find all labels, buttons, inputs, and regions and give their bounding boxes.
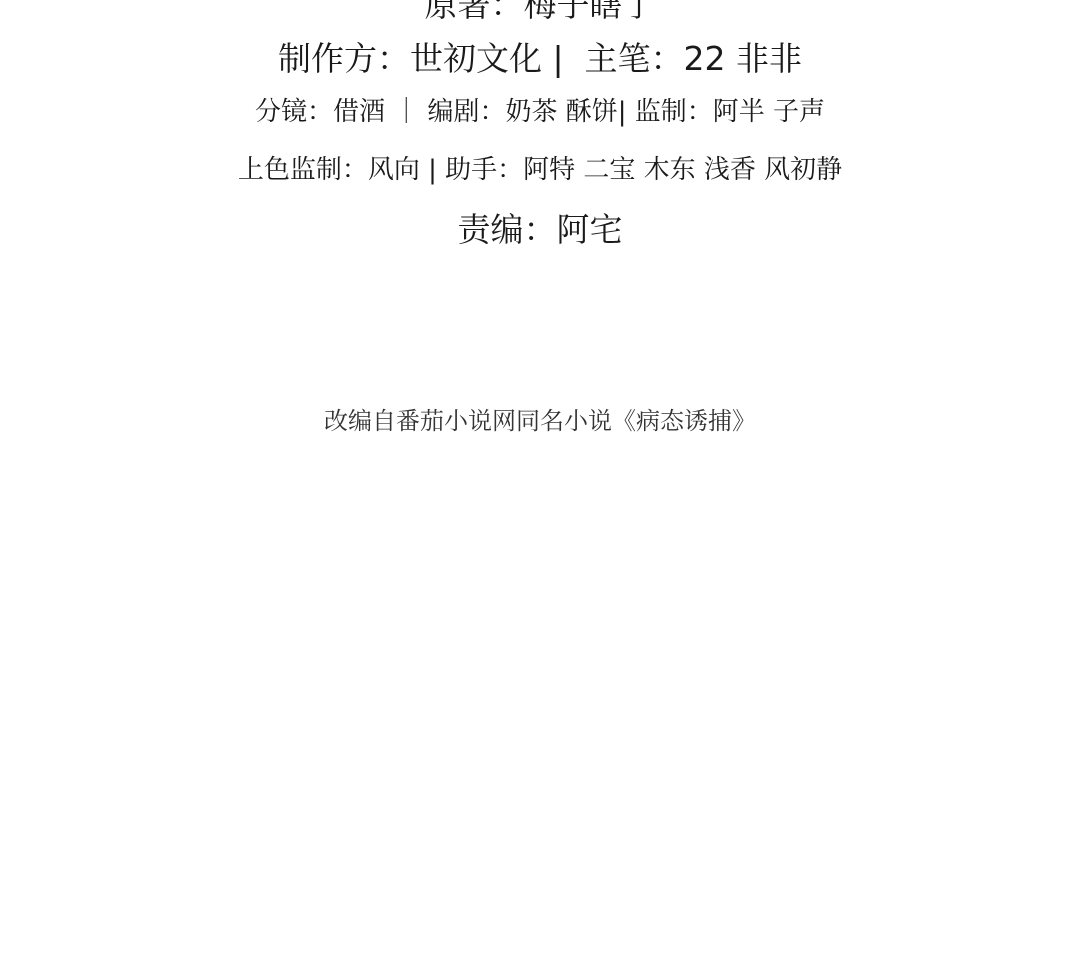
color-supervisor-assistants-credit: 上色监制：风向 | 助手：阿特 二宝 木东 浅香 风初静 [0,157,1080,183]
storyboard-script-supervisor-credit: 分镜：借酒 ｜ 编剧：奶茶 酥饼| 监制：阿半 子声 [0,99,1080,125]
editor-credit: 责编：阿宅 [0,213,1080,246]
original-author-credit: 原著：梅子瞎了 [0,0,1080,21]
producer-artist-credit: 制作方：世初文化 | 主笔：22 非非 [0,42,1080,75]
source-note: 改编自番茄小说网同名小说《病态诱捕》 [0,409,1080,433]
